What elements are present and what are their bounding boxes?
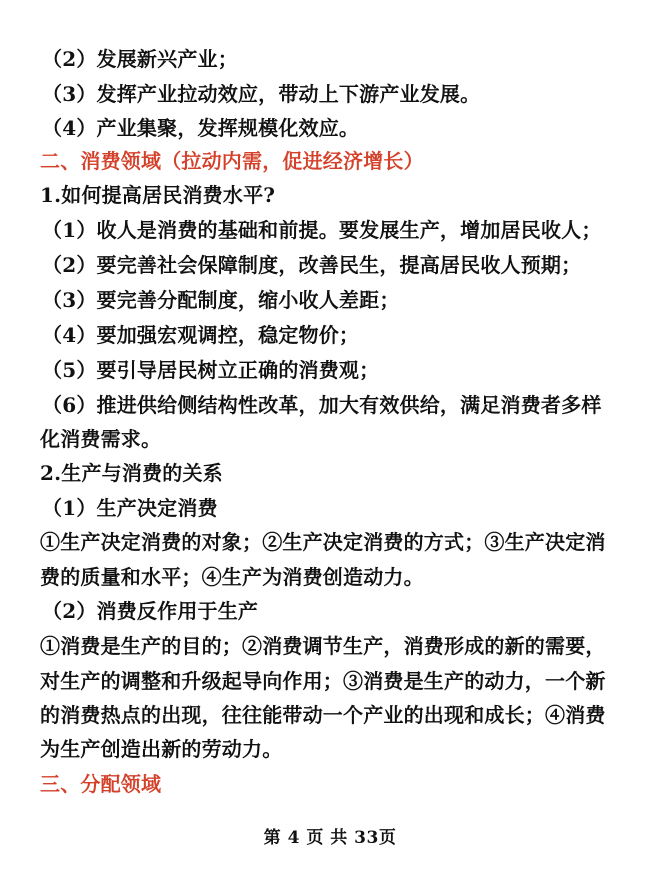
- list-item-supply-side-reform: （6）推进供给侧结构性改革，加大有效供给，满足消费者多样: [42, 392, 632, 418]
- paragraph-consumption-reacts-1: ①消费是生产的目的；②消费调节生产，消费形成的新的需要，: [40, 633, 630, 659]
- list-item-industry-clustering: （4）产业集聚，发挥规模化效应。: [42, 115, 632, 141]
- paragraph-production-determines-2: 费的质量和水平；④生产为消费创造动力。: [40, 564, 630, 590]
- list-item-consumption-view: （5）要引导居民树立正确的消费观；: [42, 357, 632, 383]
- paragraph-production-determines-1: ①生产决定消费的对象；②生产决定消费的方式；③生产决定消: [40, 529, 630, 555]
- section-heading-consumption: 二、消费领域（拉动内需，促进经济增长）: [40, 148, 630, 174]
- paragraph-consumption-reacts-4: 为生产创造出新的劳动力。: [40, 736, 630, 762]
- list-item-industry-pull-effect: （3）发挥产业拉动效应，带动上下游产业发展。: [42, 81, 632, 107]
- list-item-distribution-system: （3）要完善分配制度，缩小收人差距；: [42, 287, 632, 313]
- list-item-consumption-reacts: （2）消费反作用于生产: [42, 598, 632, 624]
- document-page: （2）发展新兴产业； （3）发挥产业拉动效应，带动上下游产业发展。 （4）产业集…: [0, 0, 660, 880]
- list-item-emerging-industries: （2）发展新兴产业；: [42, 46, 632, 72]
- section-heading-distribution: 三、分配领域: [40, 771, 630, 797]
- paragraph-consumption-reacts-2: 对生产的调整和升级起导向作用；③消费是生产的动力，一个新: [40, 668, 630, 694]
- list-item-supply-side-reform-continued: 化消费需求。: [40, 426, 630, 452]
- subheading-raise-consumption: 1.如何提高居民消费水平?: [40, 182, 630, 208]
- list-item-macro-control: （4）要加强宏观调控，稳定物价；: [42, 322, 632, 348]
- paragraph-consumption-reacts-3: 的消费热点的出现，往往能带动一个产业的出现和成长；④消费: [40, 702, 630, 728]
- list-item-income-basis: （1）收人是消费的基础和前提。要发展生产，增加居民收人；: [42, 217, 632, 243]
- list-item-social-security: （2）要完善社会保障制度，改善民生，提高居民收人预期；: [42, 252, 632, 278]
- page-number-footer: 第 4 页 共 33页: [0, 826, 660, 850]
- subheading-production-consumption: 2.生产与消费的关系: [40, 460, 630, 486]
- list-item-production-determines: （1）生产决定消费: [42, 495, 632, 521]
